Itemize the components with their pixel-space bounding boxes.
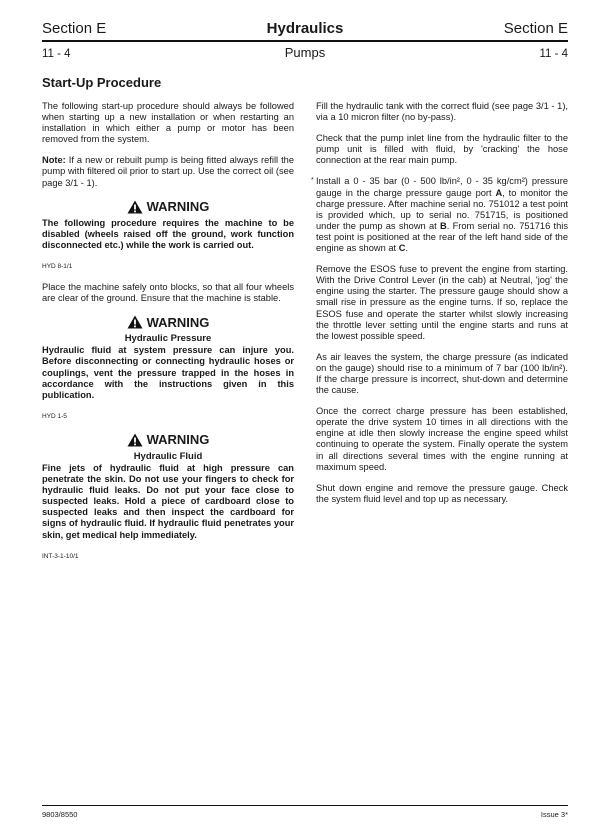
blocks-paragraph: Place the machine safely onto blocks, so… [42,282,294,304]
fill-tank-paragraph: Fill the hydraulic tank with the correct… [316,101,568,123]
warning-label: WARNING [147,201,210,212]
air-paragraph: As air leaves the system, the charge pre… [316,352,568,396]
esos-paragraph: Remove the ESOS fuse to prevent the engi… [316,264,568,342]
warning-body: Fine jets of hydraulic fluid at high pre… [42,463,294,541]
warning-triangle-icon [127,200,143,214]
footer-rule [42,805,568,806]
warning-header: WARNING [42,314,294,330]
chapter-title: Hydraulics [267,20,344,37]
warning-code: HYD 8-1/1 [42,261,294,272]
page-number-left: 11 - 4 [42,48,71,60]
page-header: Section E Hydraulics Section E [42,20,568,37]
warning-block-fluid: WARNING Hydraulic Fluid Fine jets of hyd… [42,432,294,562]
warning-block-disabled: WARNING The following procedure requires… [42,199,294,272]
callout-b: B [440,221,447,231]
operate-paragraph: Once the correct charge pressure has bee… [316,406,568,473]
install-text: . [405,243,408,253]
warning-subtitle: Hydraulic Pressure [42,333,294,344]
warning-code: HYD 1-5 [42,411,294,422]
warning-body: The following procedure requires the mac… [42,218,294,251]
page-number-right: 11 - 4 [539,48,568,60]
left-column: The following start-up procedure should … [42,101,294,572]
warning-code: INT-3-1-10/1 [42,551,294,562]
warning-header: WARNING [42,199,294,215]
warning-label: WARNING [147,434,210,445]
note-label: Note: [42,155,66,165]
document-number: 9803/8550 [42,810,77,819]
note-paragraph: Note: If a new or rebuilt pump is being … [42,155,294,188]
check-inlet-paragraph: Check that the pump inlet line from the … [316,133,568,166]
warning-subtitle: Hydraulic Fluid [42,451,294,462]
page-subheader: 11 - 4 Pumps 11 - 4 [42,45,568,60]
warning-block-pressure: WARNING Hydraulic Pressure Hydraulic flu… [42,314,294,422]
note-text: If a new or rebuilt pump is being fitted… [42,155,294,187]
shutdown-paragraph: Shut down engine and remove the pressure… [316,483,568,505]
header-rule [42,40,568,42]
page-footer: 9803/8550 Issue 3* [42,810,568,819]
intro-paragraph: The following start-up procedure should … [42,101,294,145]
subchapter-title: Pumps [285,45,325,60]
warning-body: Hydraulic fluid at system pressure can i… [42,345,294,400]
section-label-right: Section E [504,20,568,37]
manual-page: Section E Hydraulics Section E 11 - 4 Pu… [0,0,591,839]
section-label-left: Section E [42,20,106,37]
warning-label: WARNING [147,317,210,328]
warning-triangle-icon [127,433,143,447]
section-heading: Start-Up Procedure [42,75,161,90]
issue-label: Issue 3* [541,810,568,819]
warning-triangle-icon [127,315,143,329]
install-gauge-paragraph: *Install a 0 - 35 bar (0 - 500 lb/in², 0… [316,176,568,254]
right-column: Fill the hydraulic tank with the correct… [316,101,568,515]
warning-header: WARNING [42,432,294,448]
revision-mark: * [311,175,314,186]
